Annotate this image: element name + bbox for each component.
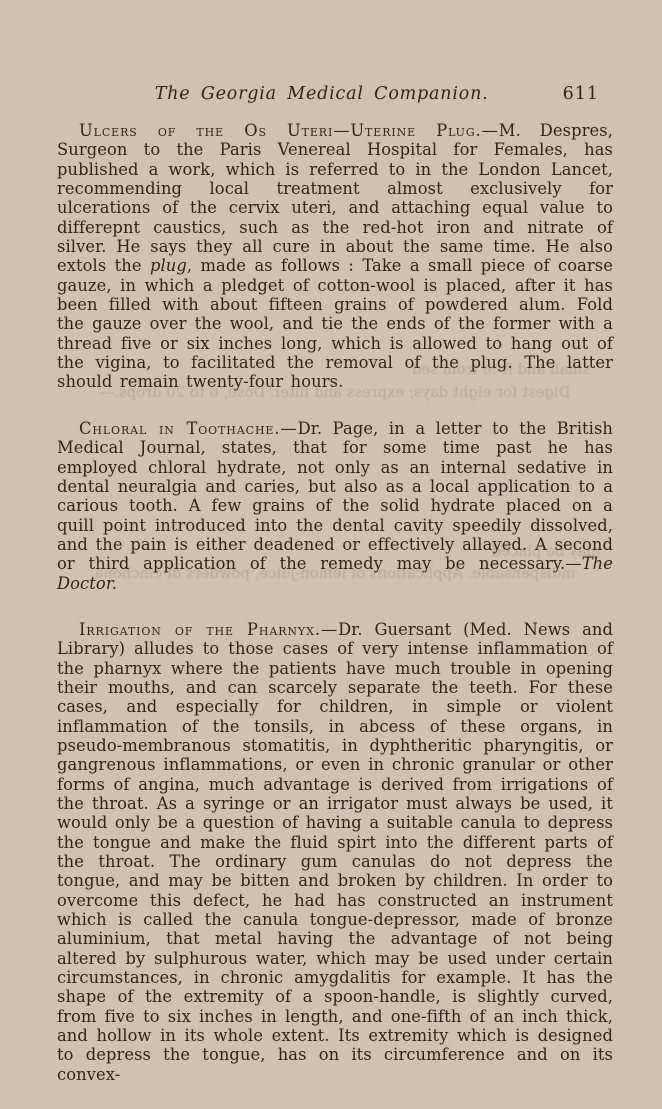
article-text-segment: M. Despres, Surgeon to the Paris Venerea… (57, 121, 613, 275)
page-body: Ulcers of the Os Uteri—Uterine Plug.—M. … (57, 121, 613, 1084)
article-text-segment: plug (150, 256, 187, 275)
article-heading: Chloral in Toothache.— (79, 419, 298, 438)
article-text-segment: , made as follows : Take a small piece o… (57, 256, 613, 391)
article-text-segment: Dr. Guersant (Med. News and Library) all… (57, 620, 613, 1084)
article-text-segment: Dr. Page, in a letter to the British Med… (57, 419, 613, 573)
article-paragraph: Chloral in Toothache.—Dr. Page, in a let… (57, 419, 613, 593)
page-header: The Georgia Medical Companion. 611 (57, 84, 613, 108)
article-heading: Irrigation of the Pharnyx.— (79, 620, 338, 639)
article-heading: Ulcers of the Os Uteri—Uterine Plug.— (79, 121, 499, 140)
book-page: The Georgia Medical Companion. 611 small… (0, 0, 662, 1109)
page-number: 611 (563, 84, 599, 104)
article-paragraph: Ulcers of the Os Uteri—Uterine Plug.—M. … (57, 121, 613, 392)
article-paragraph: Irrigation of the Pharnyx.—Dr. Guersant … (57, 620, 613, 1084)
journal-title: The Georgia Medical Companion. (155, 84, 489, 104)
